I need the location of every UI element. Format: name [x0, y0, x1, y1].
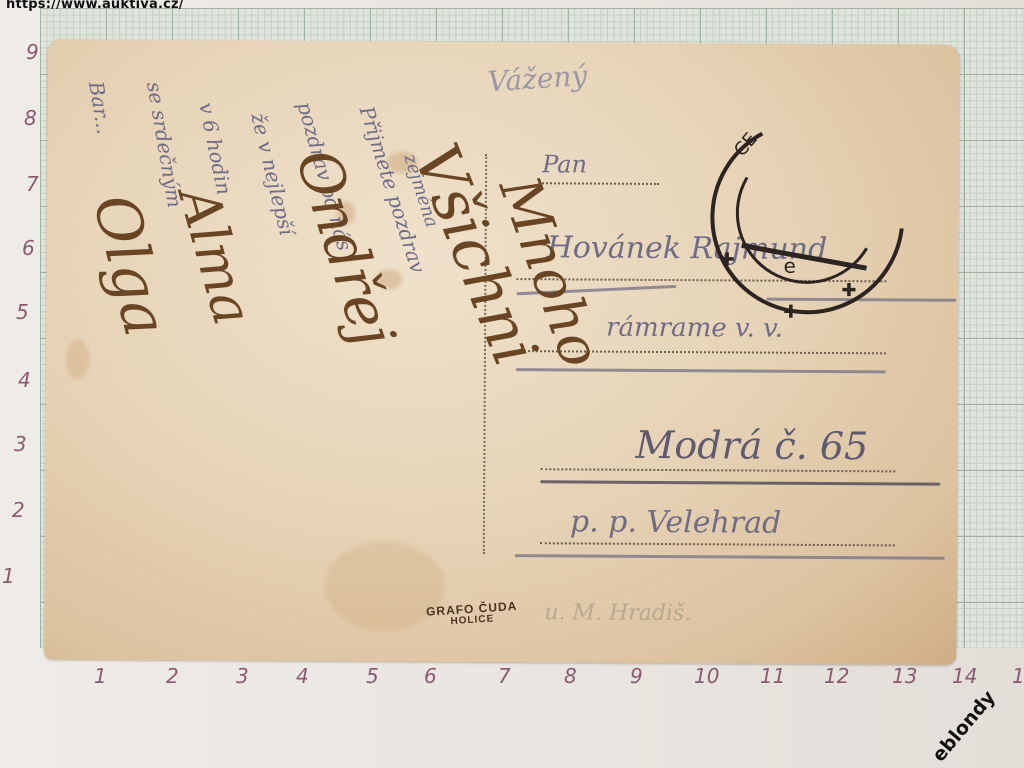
ruler-y-label: 8	[24, 106, 37, 130]
pencil-strike	[516, 368, 886, 373]
horizontal-ruler: 1 2 3 4 5 6 7 8 9 10 11 12 13 14 1	[0, 664, 1024, 700]
ruler-x-label: 12	[824, 664, 849, 688]
ruler-y-label: 6	[22, 236, 35, 260]
ruler-x-label: 13	[892, 664, 917, 688]
address-line	[539, 182, 659, 185]
ruler-x-label: 8	[564, 664, 577, 688]
ruler-y-label: 5	[16, 300, 29, 324]
address-line-4: Modrá č. 65	[635, 423, 868, 468]
address-line	[540, 542, 895, 546]
ruler-x-label: 9	[630, 664, 643, 688]
ruler-y-label: 9	[26, 40, 39, 64]
svg-text:e: e	[783, 254, 795, 278]
message-ink-line: Olga	[79, 188, 181, 343]
printer-mark: GRAFO ČUDA HOLICE	[426, 601, 519, 629]
message-pencil-line: se srdečným	[142, 80, 187, 209]
svg-text:✚: ✚	[720, 249, 735, 269]
address-faint-line: u. M. Hradiš.	[544, 600, 691, 626]
ruler-x-label: 7	[498, 664, 511, 688]
ruler-x-label: 10	[694, 664, 719, 688]
ruler-x-label: 6	[424, 664, 437, 688]
message-pencil-line: Bar...	[84, 80, 117, 136]
ruler-x-label: 14	[952, 664, 977, 688]
postmark-stamp: CE e ✚ ✚ ✚	[701, 127, 912, 328]
pencil-strike	[540, 480, 940, 485]
ruler-x-label: 2	[166, 664, 179, 688]
ruler-x-label: 4	[296, 664, 309, 688]
ruler-y-label: 1	[2, 564, 15, 588]
salutation-text: Vážený	[487, 59, 588, 98]
stain	[66, 339, 90, 379]
ruler-y-label: 4	[18, 368, 31, 392]
vertical-ruler: 9 8 7 6 5 4 3 2 1	[0, 30, 44, 630]
ruler-x-label: 1	[94, 664, 107, 688]
ruler-x-label: 3	[236, 664, 249, 688]
svg-text:✚: ✚	[841, 280, 856, 300]
postcard-back: Vážený Pan Hovánek Rajmund rámrame v. v.…	[44, 39, 960, 665]
message-ink-line: Alma	[166, 180, 264, 331]
source-url-label: https://www.auktiva.cz/	[6, 0, 184, 12]
address-line-5: p. p. Velehrad	[570, 504, 782, 540]
ruler-x-label: 5	[366, 664, 379, 688]
ruler-y-label: 3	[14, 432, 27, 456]
svg-text:✚: ✚	[783, 302, 798, 322]
pencil-strike	[515, 554, 945, 560]
ruler-x-label: 11	[760, 664, 785, 688]
ruler-x-label: 1	[1012, 664, 1024, 688]
address-line	[540, 468, 895, 472]
ruler-y-label: 7	[26, 172, 39, 196]
ruler-y-label: 2	[12, 498, 25, 522]
